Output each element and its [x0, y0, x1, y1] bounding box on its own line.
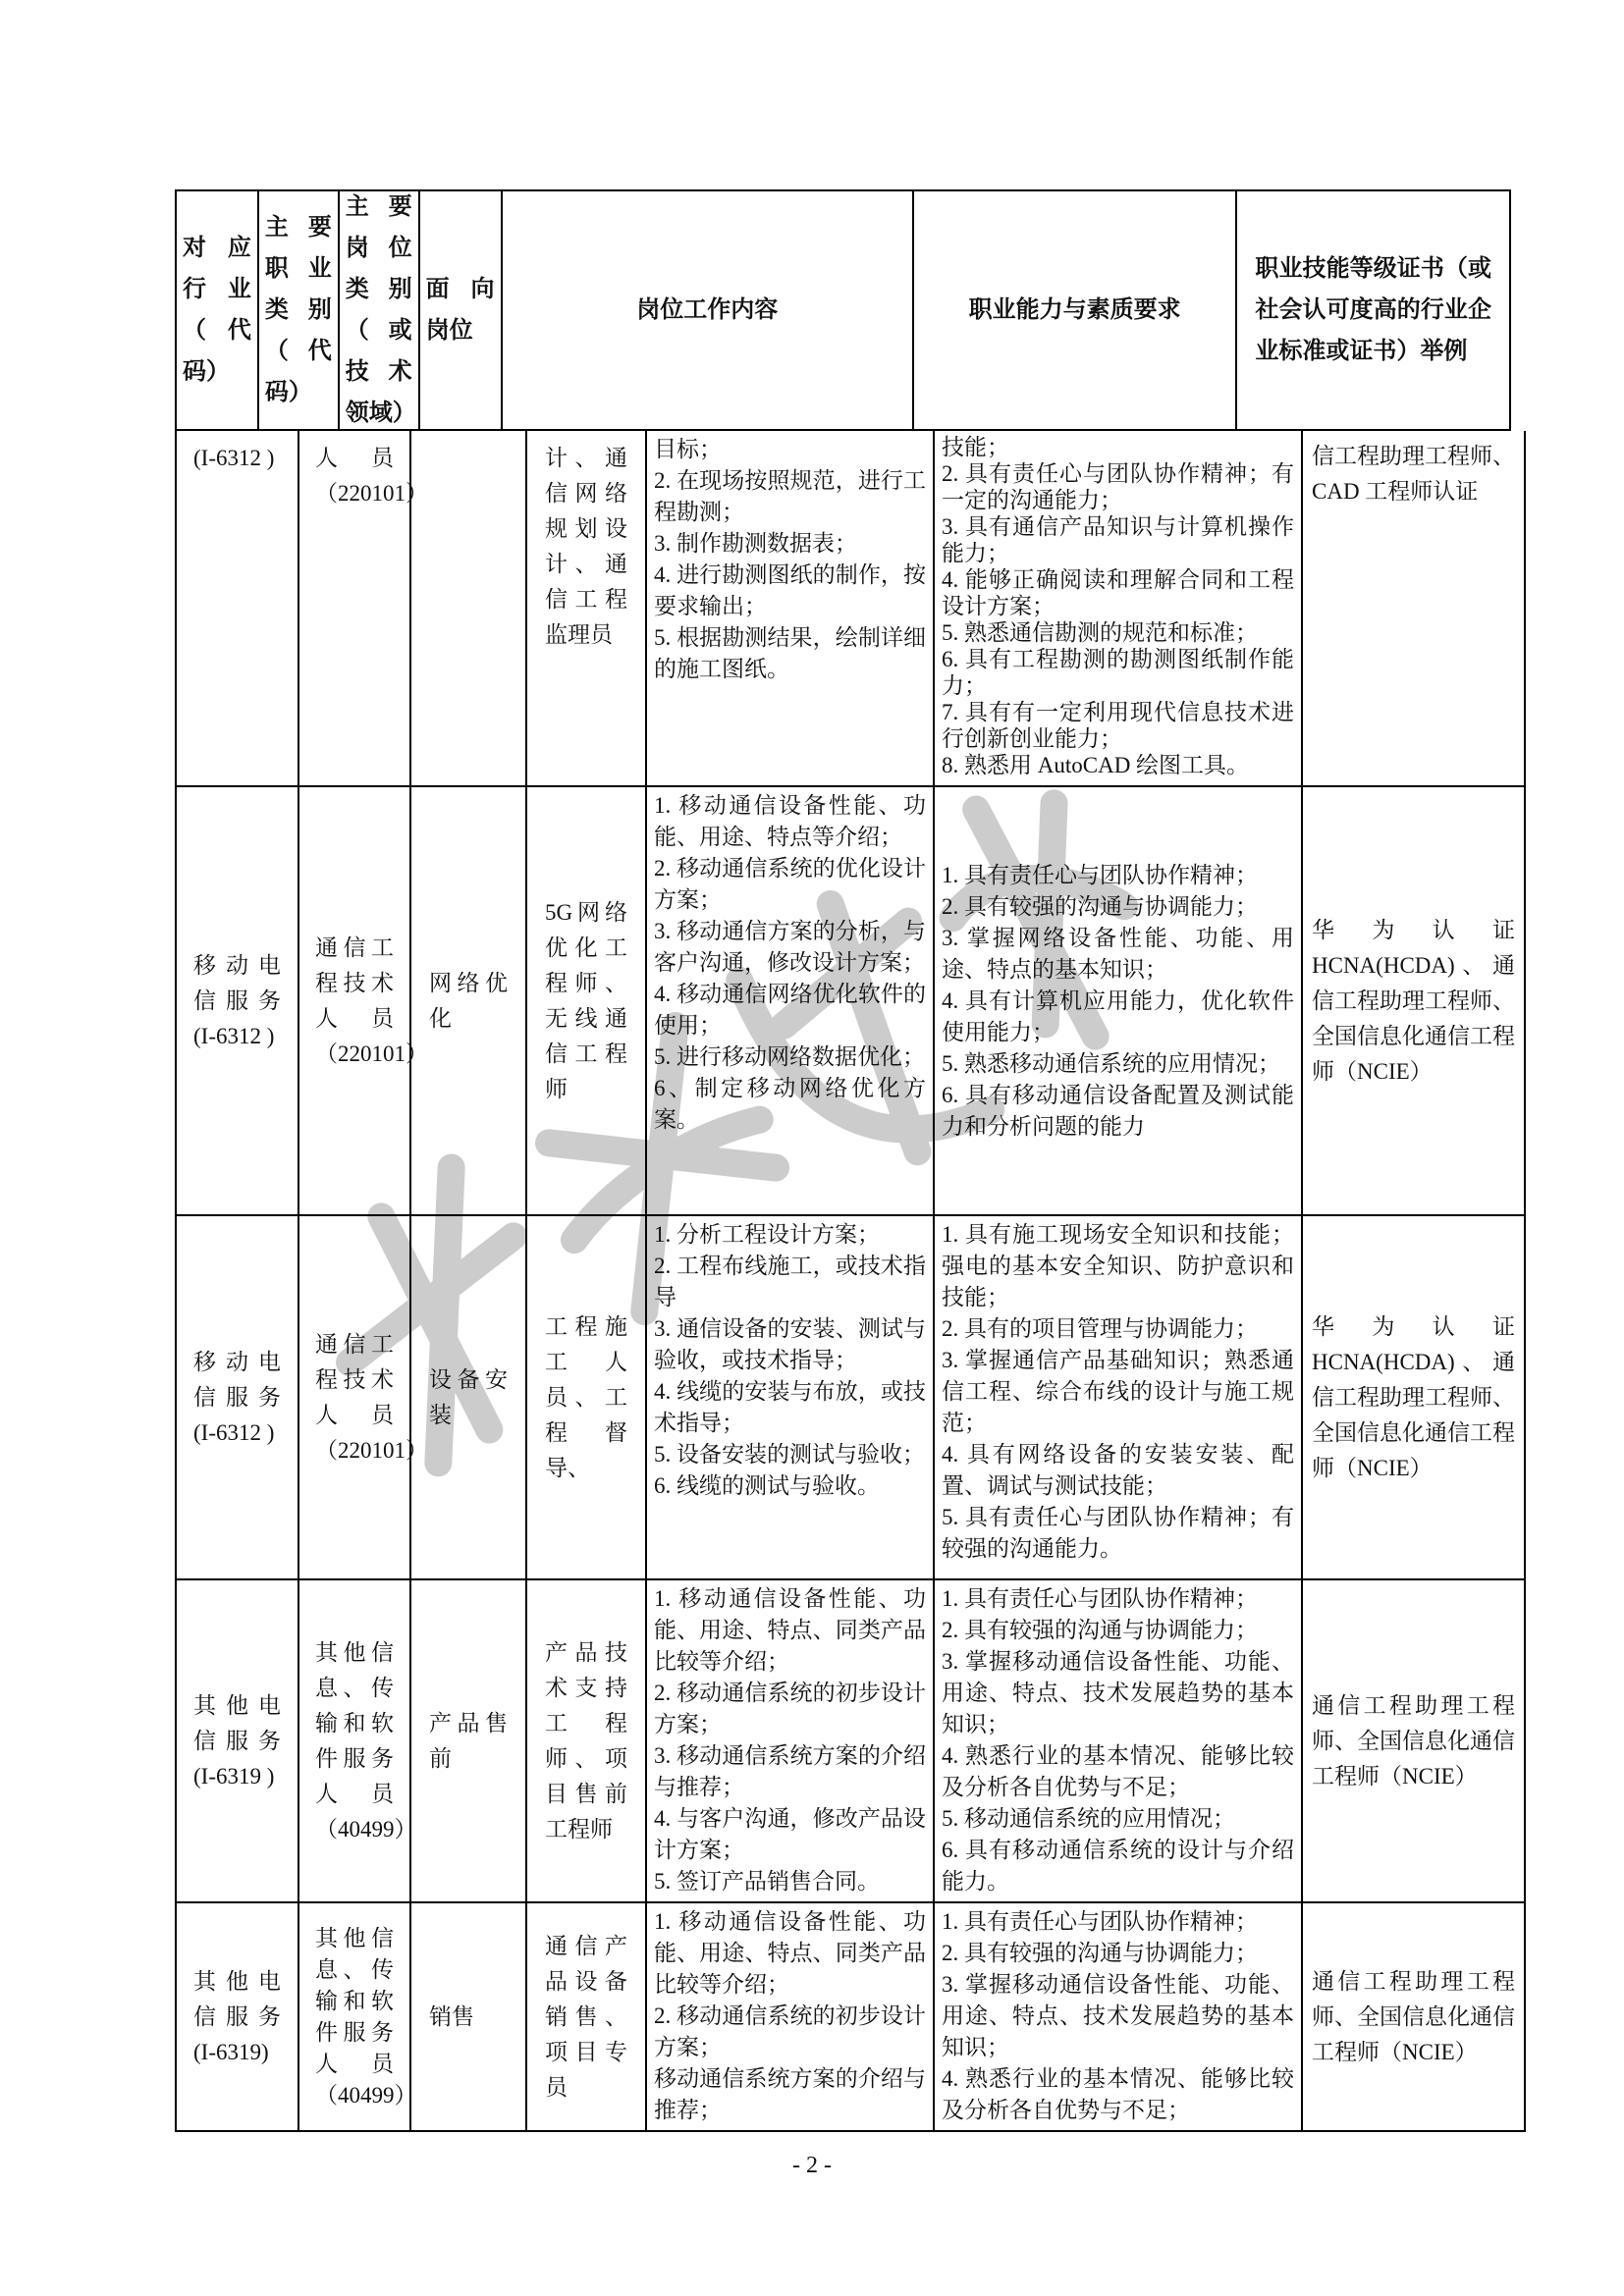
table-header-row: 对应行业（代码） 主要职业类别（代码） 主要岗位类别（或技术领域） 面向岗位 岗… — [175, 189, 1511, 431]
cell-occupation: 其他信息、传输和软件服务人员（40499） — [299, 1903, 411, 2132]
header-cell-target-post: 面向岗位 — [420, 191, 503, 431]
cell-post-category: 设备安装 — [411, 1216, 527, 1580]
cell-requirements: 1. 具有责任心与团队协作精神； 2. 具有较强的沟通与协调能力； 3. 掌握移… — [935, 1903, 1303, 2132]
cell-target-post: 通信产品设备销售、项目专员 — [527, 1903, 647, 2132]
header-label: 岗位工作内容 — [509, 290, 906, 331]
cell-post-category — [411, 431, 527, 787]
cell-requirements: 技能； 2. 具有责任心与团队协作精神；有一定的沟通能力； 3. 具有通信产品知… — [935, 431, 1303, 787]
cell-requirements: 1. 具有责任心与团队协作精神； 2. 具有较强的沟通与协调能力； 3. 掌握移… — [935, 1580, 1303, 1903]
cell-target-post: 计、通信网络规划设计、通信工程监理员 — [527, 431, 647, 787]
table-row: 移动电信服务(I-6312 ) 通信工程技术人员（220101） 网络优化 5G… — [177, 787, 1526, 1216]
header-label: 主要职业类别（代码） — [265, 207, 332, 413]
document-page: { "document": { "page_number": "- 2 -", … — [0, 0, 1624, 2296]
cell-target-post: 5G网络优化工程师、无线通信工程师 — [527, 787, 647, 1216]
cell-certificates: 华为认证HCNA(HCDA)、通信工程助理工程师、全国信息化通信工程师（NCIE… — [1303, 787, 1526, 1216]
cell-job-content: 1. 移动通信设备性能、功能、用途、特点等介绍； 2. 移动通信系统的优化设计方… — [647, 787, 935, 1216]
cell-job-content: 1. 分析工程设计方案； 2. 工程布线施工，或技术指导 3. 通信设备的安装、… — [647, 1216, 935, 1580]
header-cell-occupation: 主要职业类别（代码） — [259, 191, 340, 431]
header-cell-post-category: 主要岗位类别（或技术领域） — [340, 191, 420, 431]
header-label: 职业能力与素质要求 — [920, 290, 1229, 331]
header-cell-certificates: 职业技能等级证书（或社会认可度高的行业企业标准或证书）举例 — [1237, 191, 1511, 431]
cell-post-category: 网络优化 — [411, 787, 527, 1216]
cell-requirements: 1. 具有施工现场安全知识和技能；强电的基本安全知识、防护意识和技能； 2. 具… — [935, 1216, 1303, 1580]
page-number: - 2 - — [0, 2153, 1624, 2179]
cell-industry: 移动电信服务(I-6312 ) — [177, 787, 299, 1216]
table-body: (I-6312 ) 人员（220101） 计、通信网络规划设计、通信工程监理员 … — [175, 431, 1526, 2132]
cell-industry: 移动电信服务(I-6312 ) — [177, 1216, 299, 1580]
cell-requirements: 1. 具有责任心与团队协作精神； 2. 具有较强的沟通与协调能力； 3. 掌握网… — [935, 787, 1303, 1216]
header-label: 职业技能等级证书（或社会认可度高的行业企业标准或证书）举例 — [1255, 248, 1491, 372]
cell-certificates: 通信工程助理工程师、全国信息化通信工程师（NCIE） — [1303, 1903, 1526, 2132]
cell-post-category: 销售 — [411, 1903, 527, 2132]
cell-job-content: 1. 移动通信设备性能、功能、用途、特点、同类产品比较等介绍； 2. 移动通信系… — [647, 1580, 935, 1903]
header-label: 对应行业（代码） — [183, 228, 251, 393]
table-row: 其他电信服务(I-6319) 其他信息、传输和软件服务人员（40499） 销售 … — [177, 1903, 1526, 2132]
cell-certificates: 通信工程助理工程师、全国信息化通信工程师（NCIE） — [1303, 1580, 1526, 1903]
cell-certificates: 信工程助理工程师、CAD 工程师认证 — [1303, 431, 1526, 787]
table-row: (I-6312 ) 人员（220101） 计、通信网络规划设计、通信工程监理员 … — [177, 431, 1526, 787]
cell-certificates: 华为认证HCNA(HCDA)、通信工程助理工程师、全国信息化通信工程师（NCIE… — [1303, 1216, 1526, 1580]
table-row: 其他电信服务(I-6319 ) 其他信息、传输和软件服务人员（40499） 产品… — [177, 1580, 1526, 1903]
cell-industry: 其他电信服务(I-6319 ) — [177, 1580, 299, 1903]
cell-occupation: 通信工程技术人员（220101） — [299, 787, 411, 1216]
cell-target-post: 产品技术支持工程师、项目售前工程师 — [527, 1580, 647, 1903]
cell-industry: (I-6312 ) — [177, 431, 299, 787]
header-cell-requirements: 职业能力与素质要求 — [914, 191, 1237, 431]
cell-job-content: 1. 移动通信设备性能、功能、用途、特点、同类产品比较等介绍； 2. 移动通信系… — [647, 1903, 935, 2132]
cell-occupation: 其他信息、传输和软件服务人员（40499） — [299, 1580, 411, 1903]
cell-job-content: 目标； 2. 在现场按照规范，进行工程勘测； 3. 制作勘测数据表； 4. 进行… — [647, 431, 935, 787]
cell-industry: 其他电信服务(I-6319) — [177, 1903, 299, 2132]
cell-occupation: 通信工程技术人员（220101） — [299, 1216, 411, 1580]
header-cell-industry: 对应行业（代码） — [177, 191, 259, 431]
table-row: 移动电信服务(I-6312 ) 通信工程技术人员（220101） 设备安装 工程… — [177, 1216, 1526, 1580]
header-label: 面向岗位 — [426, 269, 495, 351]
cell-target-post: 工程施工人员、工程督导、 — [527, 1216, 647, 1580]
header-label: 主要岗位类别（或技术领域） — [346, 187, 412, 434]
cell-post-category: 产品售前 — [411, 1580, 527, 1903]
header-cell-job-content: 岗位工作内容 — [503, 191, 914, 431]
cell-occupation: 人员（220101） — [299, 431, 411, 787]
